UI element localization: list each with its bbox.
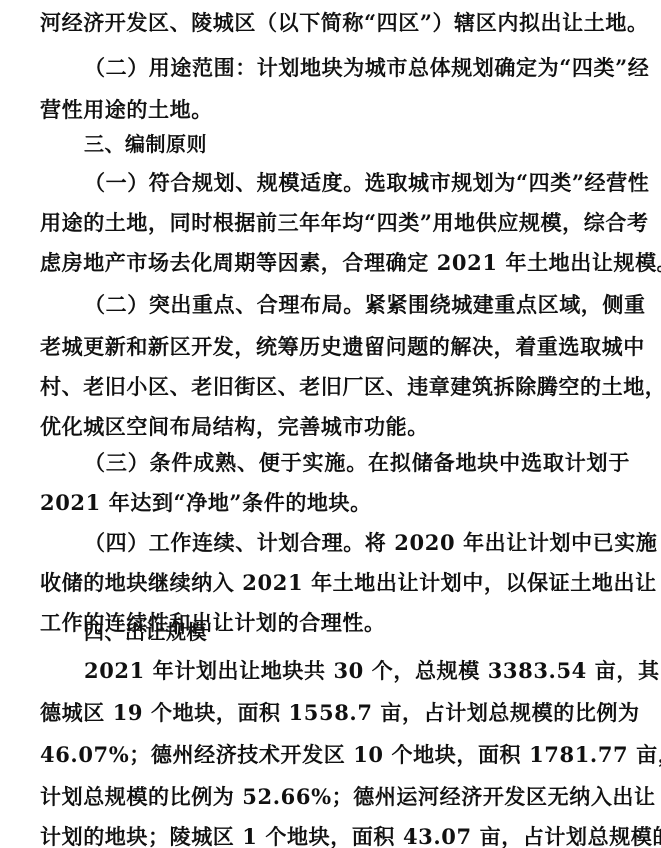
text-line-principle-3-cont: 2021 年达到“净地”条件的地块。 <box>40 488 630 518</box>
text-line-usage-scope: （二）用途范围：计划地块为城市总体规划确定为“四类”经 <box>84 53 630 83</box>
section-heading-scale: 四、出让规模 <box>84 617 630 647</box>
text-line-principle-2: （二）突出重点、合理布局。紧紧围绕城建重点区域，侧重 <box>84 290 630 320</box>
section-heading-principles: 三、编制原则 <box>84 129 630 159</box>
text-line-usage-scope-cont: 营性用途的土地。 <box>40 95 630 125</box>
text-line-principle-1: （一）符合规划、规模适度。选取城市规划为“四类”经营性 <box>84 168 630 198</box>
text-line-scale-canal: 计划总规模的比例为 52.66%；德州运河经济开发区无纳入出让 <box>40 782 630 812</box>
text-line-principle-4: （四）工作连续、计划合理。将 2020 年出让计划中已实施 <box>84 528 630 558</box>
text-line-principle-1-cont: 用途的土地，同时根据前三年年均“四类”用地供应规模，综合考 <box>40 208 630 238</box>
document-page: 河经济开发区、陵城区（以下简称“四区”）辖区内拟出让土地。 （二）用途范围：计划… <box>0 0 661 848</box>
text-line-principle-1-cont: 虑房地产市场去化周期等因素，合理确定 2021 年土地出让规模。 <box>40 248 630 278</box>
text-line-principle-4-cont: 收储的地块继续纳入 2021 年土地出让计划中，以保证土地出让 <box>40 568 630 598</box>
text-line-scale-decheng: 德城区 19 个地块，面积 1558.7 亩，占计划总规模的比例为 <box>40 698 630 728</box>
text-line-scale-lingcheng: 计划的地块；陵城区 1 个地块，面积 43.07 亩，占计划总规模的 <box>40 822 630 848</box>
text-line-principle-2-cont: 优化城区空间布局结构，完善城市功能。 <box>40 412 630 442</box>
text-line-scale-devzone: 46.07%；德州经济技术开发区 10 个地块，面积 1781.77 亩，占 <box>40 740 630 770</box>
text-line-scope-continuation: 河经济开发区、陵城区（以下简称“四区”）辖区内拟出让土地。 <box>40 8 630 38</box>
text-line-principle-3: （三）条件成熟、便于实施。在拟储备地块中选取计划于 <box>84 448 630 478</box>
text-line-principle-2-cont: 老城更新和新区开发，统筹历史遗留问题的解决，着重选取城中 <box>40 332 630 362</box>
text-line-principle-2-cont: 村、老旧小区、老旧街区、老旧厂区、违章建筑拆除腾空的土地， <box>40 372 630 402</box>
text-line-scale-summary: 2021 年计划出让地块共 30 个，总规模 3383.54 亩，其中， <box>84 656 630 686</box>
